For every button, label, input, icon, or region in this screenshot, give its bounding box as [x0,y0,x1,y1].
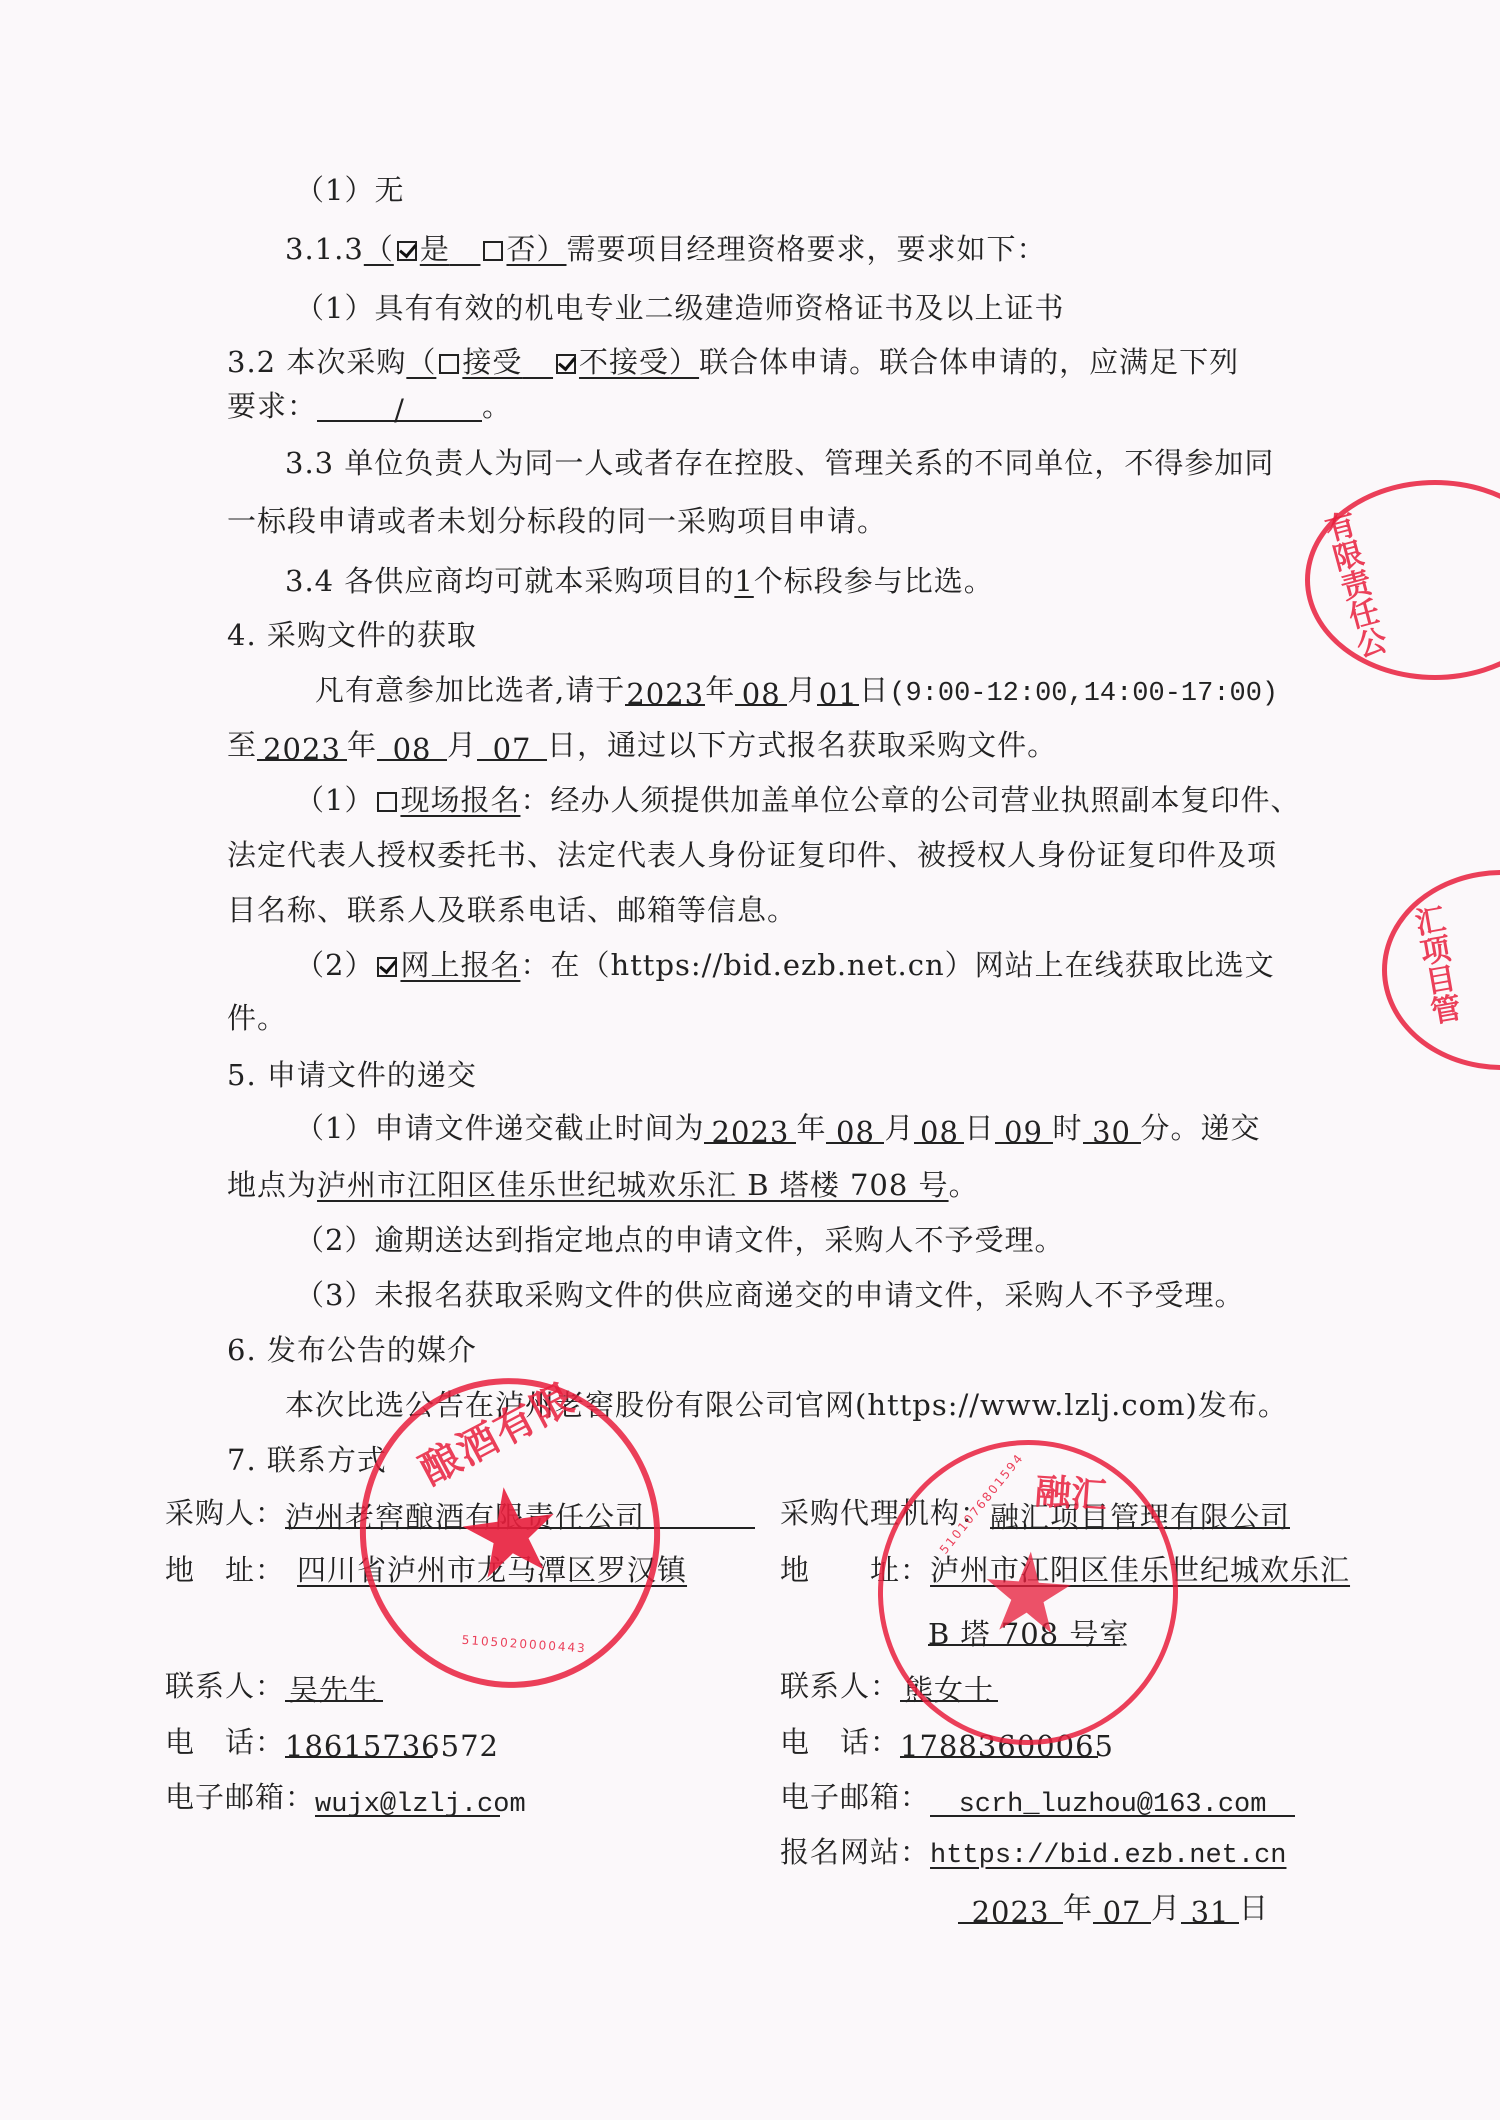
item-3-1-3: 3.1.3（是 否）需要项目经理资格要求，要求如下： [285,229,1047,269]
online-option: 网上报名 [374,948,520,982]
start-year: 2023 [625,674,705,706]
year-unit: 年 [796,1111,826,1145]
purchaser-contact-row: 联系人：吴先生 [165,1666,383,1706]
agency-address-row: 地 址：泸州市江阳区佳乐世纪城欢乐汇 [780,1550,1350,1590]
onsite-label: 现场报名 [400,783,520,817]
item-3-3-line1: 3.3 单位负责人为同一人或者存在控股、管理关系的不同单位，不得参加同 [285,443,1274,483]
onsite-option: 现场报名 [374,783,520,817]
day-unit: 日 [547,728,577,762]
purchaser-email[interactable]: wujx@lzlj.com [315,1785,500,1817]
section-6-heading: 6. 发布公告的媒介 [227,1330,477,1370]
text: 凡有意参加比选者,请于 [315,673,625,707]
deadline-hour: 09 [995,1112,1053,1144]
seal-code: 5105020000443 [461,1633,587,1656]
period: 。 [949,1168,979,1202]
item-3-4: 3.4 各供应商均可就本采购项目的1个标段参与比选。 [285,561,994,601]
edge-seal-bottom: 汇项目管 [1382,870,1500,1070]
purchaser-phone: 18615736572 [285,1726,433,1758]
online-registration: （2）网上报名：在（https://bid.ezb.net.cn）网站上在线获取… [295,945,1275,985]
yes-checkbox-checked-icon[interactable] [397,241,417,261]
agency-phone-label: 电 话： [780,1725,900,1759]
agency-contact: 熊女士 [900,1670,998,1702]
item-suffix: 需要项目经理资格要求，要求如下： [567,232,1047,266]
year-unit: 年 [1063,1891,1093,1925]
section-4-heading: 4. 采购文件的获取 [227,615,477,655]
requirements-label: 要求： [227,389,317,423]
publication-media: 本次比选公告在泸州老窖股份有限公司官网(https://www.lzlj.com… [285,1385,1288,1425]
seal-text: 汇项目管 [1402,902,1466,1028]
registration-period-end: 至2023年08月07日，通过以下方式报名获取采购文件。 [227,725,1057,765]
to-label: 至 [227,728,257,762]
paren-close: ） [669,345,699,379]
deadline-day: 08 [914,1112,964,1144]
deadline-year: 2023 [704,1112,796,1144]
purchaser-address-label: 地 址： [165,1553,285,1587]
hour-unit: 时 [1053,1111,1083,1145]
reject-checkbox-checked-icon[interactable] [556,354,576,374]
month-unit: 月 [884,1111,914,1145]
purchaser-address-row: 地 址：四川省泸州市龙马潭区罗汉镇 [165,1550,687,1590]
item-num: （1） [295,783,374,817]
item-prefix: 3.2 本次采购 [227,345,406,379]
year-unit: 年 [347,728,377,762]
month-unit: 月 [787,673,817,707]
purchaser-phone-row: 电 话：18615736572 [165,1722,433,1762]
purchaser-name: 泸州老窖酿酒有限责任公司 [285,1497,755,1529]
item-prefix: 3.4 各供应商均可就本采购项目的 [285,564,734,598]
agency-address-label: 地 址： [780,1553,930,1587]
item-3-1-2-1: （1）无 [295,170,404,210]
requirements-value: / [317,390,482,422]
location-label: 地点为 [227,1168,317,1202]
project-manager-options: （是 否） [364,232,567,266]
item-3-1-3-1: （1）具有有效的机电专业二级建造师资格证书及以上证书 [295,288,1064,328]
agency-name-label: 采购代理机构： [780,1496,990,1530]
item-suffix: 个标段参与比选。 [754,564,994,598]
month-unit: 月 [447,728,477,762]
agency-phone-row: 电 话：17883600065 [780,1722,1098,1762]
start-month: 08 [735,674,787,706]
end-month: 08 [377,729,447,761]
online-label: 网上报名 [400,948,520,982]
purchaser-email-row: 电子邮箱：wujx@lzlj.com [165,1777,500,1817]
agency-name: 融汇项目管理有限公司 [990,1497,1290,1529]
text[interactable]: ：在（https://bid.ezb.net.cn）网站上在线获取比选文 [520,948,1274,982]
onsite-registration: （1）现场报名：经办人须提供加盖单位公章的公司营业执照副本复印件、 [295,780,1300,820]
agency-address-line1: 泸州市江阳区佳乐世纪城欢乐汇 [930,1553,1350,1587]
yes-label: 是 [420,232,450,266]
online-registration-line2: 件。 [227,998,287,1038]
deadline-month: 08 [826,1112,884,1144]
accept-label: 接受 [462,345,522,379]
seal-text: 有限责任公 [1311,507,1392,663]
item-num: （2） [295,948,374,982]
text: ：经办人须提供加盖单位公章的公司营业执照副本复印件、 [520,783,1300,817]
text: （1）申请文件递交截止时间为 [295,1111,704,1145]
accept-checkbox-icon[interactable] [439,354,459,374]
section-5-heading: 5. 申请文件的递交 [227,1055,477,1095]
purchaser-name-label: 采购人： [165,1496,285,1530]
agency-email-row: 电子邮箱：scrh_luzhou@163.com [780,1777,1295,1817]
purchaser-address: 四川省泸州市龙马潭区罗汉镇 [285,1553,687,1587]
date-day: 31 [1181,1892,1239,1924]
minute-unit: 分。递交 [1141,1111,1261,1145]
deadline-minute: 30 [1083,1112,1141,1144]
unregistered-note: （3）未报名获取采购文件的供应商递交的申请文件，采购人不予受理。 [295,1275,1244,1315]
start-day: 01 [817,674,859,706]
item-suffix: 联合体申请。联合体申请的，应满足下列 [699,345,1239,379]
agency-address-row2: B 塔 708 号室 [928,1610,1120,1650]
onsite-checkbox-icon[interactable] [377,792,397,812]
no-label: 否 [506,232,536,266]
agency-phone: 17883600065 [900,1726,1098,1758]
day-unit: 日 [1239,1891,1269,1925]
agency-contact-row: 联系人：熊女士 [780,1666,998,1706]
registration-period-start: 凡有意参加比选者,请于2023年08月01日(9:00-12:00,14:00-… [315,670,1278,714]
business-hours: (9:00-12:00,14:00-17:00) [889,679,1278,709]
section-7-heading: 7. 联系方式 [227,1440,387,1480]
agency-website-row: 报名网站：https://bid.ezb.net.cn [780,1832,1286,1876]
late-submission-note: （2）逾期送达到指定地点的申请文件，采购人不予受理。 [295,1220,1064,1260]
purchaser-phone-label: 电 话： [165,1725,285,1759]
location-address: 泸州市江阳区佳乐世纪城欢乐汇 B 塔楼 708 号 [317,1168,949,1202]
agency-email[interactable]: scrh_luzhou@163.com [930,1785,1295,1817]
date-year: 2023 [958,1892,1063,1924]
edge-seal-top: 有限责任公 [1305,480,1500,680]
submission-location: 地点为泸州市江阳区佳乐世纪城欢乐汇 B 塔楼 708 号。 [227,1165,979,1205]
purchaser-contact: 吴先生 [285,1670,383,1702]
item-3-2: 3.2 本次采购（接受 不接受）联合体申请。联合体申请的，应满足下列 [227,342,1239,382]
online-checkbox-checked-icon[interactable] [377,957,397,977]
agency-website-link[interactable]: https://bid.ezb.net.cn [930,1841,1286,1871]
agency-address-line2: B 塔 708 号室 [928,1614,1120,1646]
agency-website-label: 报名网站： [780,1835,930,1869]
period: 。 [482,389,512,423]
day-unit: 日 [964,1111,994,1145]
item-3-3-line2: 一标段申请或者未划分标段的同一采购项目申请。 [227,501,887,541]
reject-label: 不接受 [579,345,669,379]
text: ，通过以下方式报名获取采购文件。 [577,728,1057,762]
end-day: 07 [477,729,547,761]
submission-deadline: （1）申请文件递交截止时间为2023年08月08日09时30分。递交 [295,1108,1261,1148]
document-date: 2023年07月31日 [958,1888,1269,1928]
paren-open: （ [364,232,394,266]
agency-email-label: 电子邮箱： [780,1780,930,1814]
document-page: （1）无 3.1.3（是 否）需要项目经理资格要求，要求如下： （1）具有有效的… [0,0,1500,2120]
agency-name-row: 采购代理机构：融汇项目管理有限公司 [780,1493,1290,1533]
onsite-registration-line2: 法定代表人授权委托书、法定代表人身份证复印件、被授权人身份证复印件及项 [227,835,1277,875]
month-unit: 月 [1151,1891,1181,1925]
date-month: 07 [1093,1892,1151,1924]
consortium-options: （接受 不接受） [406,345,699,379]
purchaser-name-row: 采购人：泸州老窖酿酒有限责任公司 [165,1493,755,1533]
year-unit: 年 [705,673,735,707]
day-unit: 日 [859,673,889,707]
item-3-2-requirements: 要求：/。 [227,386,512,426]
item-prefix: 3.1.3 [285,232,364,266]
lot-count: 1 [734,564,753,598]
purchaser-contact-label: 联系人： [165,1669,285,1703]
agency-contact-label: 联系人： [780,1669,900,1703]
paren-open: （ [406,345,436,379]
paren-close: ） [537,232,567,266]
end-year: 2023 [257,729,347,761]
onsite-registration-line3: 目名称、联系人及联系电话、邮箱等信息。 [227,890,797,930]
purchaser-email-label: 电子邮箱： [165,1780,315,1814]
no-checkbox-icon[interactable] [483,241,503,261]
